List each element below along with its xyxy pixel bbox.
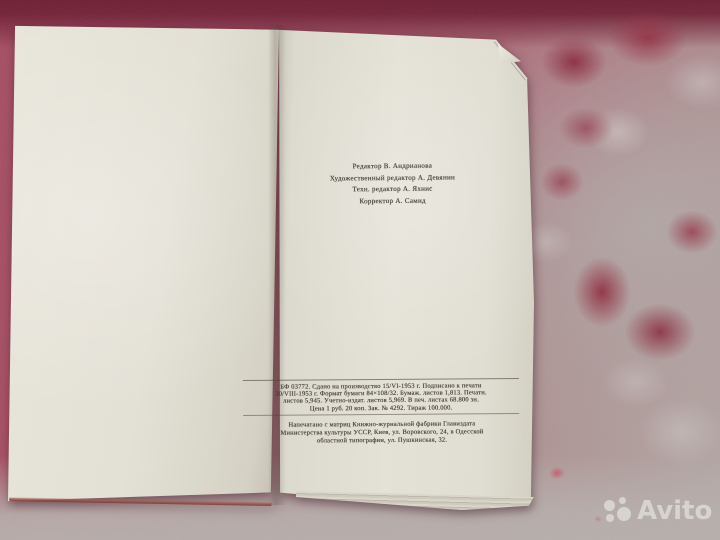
credits-line: Корректор А. Самид bbox=[295, 195, 490, 208]
book-page-left bbox=[8, 23, 279, 501]
photo-scene: Редактор В. Андрианова Художественный ре… bbox=[0, 0, 720, 540]
open-book: Редактор В. Андрианова Художественный ре… bbox=[0, 0, 720, 540]
avito-watermark: Avito bbox=[604, 496, 712, 526]
cover-edge bbox=[9, 497, 272, 506]
editor-credits-block: Редактор В. Андрианова Художественный ре… bbox=[295, 160, 490, 208]
printing-house-block: Напечатано с матриц Книжно-журнальной фа… bbox=[250, 420, 514, 446]
avito-watermark-label: Avito bbox=[637, 496, 712, 526]
avito-logo-icon bbox=[604, 496, 632, 526]
imprint-block: БФ 03772. Сдано на производство 15/VI-19… bbox=[243, 378, 519, 416]
